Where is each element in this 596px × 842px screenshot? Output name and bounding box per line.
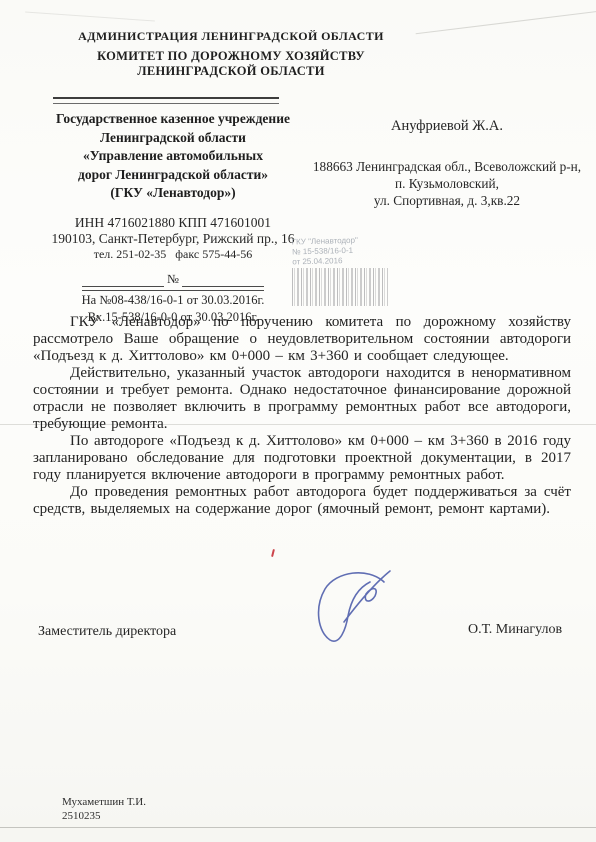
signature-ink bbox=[296, 570, 408, 656]
letterhead-divider bbox=[53, 97, 279, 104]
sender-postal-address: 190103, Санкт-Петербург, Рижский пр., 16 bbox=[30, 231, 316, 247]
letterhead-administration: АДМИНИСТРАЦИЯ ЛЕНИНГРАДСКОЙ ОБЛАСТИ bbox=[30, 29, 432, 44]
number-sign: № bbox=[164, 272, 182, 287]
recipient-block: Ануфриевой Ж.А. 188663 Ленинградская обл… bbox=[312, 118, 582, 209]
body-paragraph: ГКУ «Ленавтодор» по поручению комитета п… bbox=[33, 314, 571, 365]
signer-title: Заместитель директора bbox=[38, 624, 176, 640]
recipient-address-line: ул. Спортивная, д. 3,кв.22 bbox=[312, 192, 582, 209]
red-ink-speck bbox=[271, 549, 275, 557]
scan-crease-top-right bbox=[416, 11, 596, 35]
sender-inn-kpp: ИНН 4716021880 КПП 471601001 bbox=[30, 214, 316, 231]
sender-org-line: «Управление автомобильных bbox=[30, 147, 316, 166]
body-paragraph: Действительно, указанный участок автодор… bbox=[33, 365, 571, 433]
scan-crease-top-left bbox=[25, 11, 155, 21]
letterhead: АДМИНИСТРАЦИЯ ЛЕНИНГРАДСКОЙ ОБЛАСТИ КОМИ… bbox=[30, 29, 432, 78]
recipient-address-line: п. Кузьмоловский, bbox=[312, 175, 582, 192]
sender-block: Государственное казенное учреждение Лени… bbox=[30, 110, 316, 326]
letterhead-committee-line2: ЛЕНИНГРАДСКОЙ ОБЛАСТИ bbox=[30, 64, 432, 79]
recipient-address-line: 188663 Ленинградская обл., Всеволожский … bbox=[312, 158, 582, 175]
executor-block: Мухаметшин Т.И. 2510235 bbox=[62, 796, 146, 823]
sender-phone-fax: тел. 251-02-35 факс 575-44-56 bbox=[30, 247, 316, 262]
stamp-date: от 25.04.2016 bbox=[292, 255, 402, 268]
executor-phone: 2510235 bbox=[62, 810, 146, 824]
body-paragraph: По автодороге «Подъезд к д. Хиттолово» к… bbox=[33, 433, 571, 484]
reference-incoming: На №08-438/16-0-1 от 30.03.2016г. bbox=[30, 293, 316, 309]
letterhead-committee-line1: КОМИТЕТ ПО ДОРОЖНОМУ ХОЗЯЙСТВУ bbox=[30, 49, 432, 64]
outgoing-number-line: № bbox=[82, 272, 264, 287]
body-paragraph: До проведения ремонтных работ автодорога… bbox=[33, 484, 571, 518]
number-blank-left bbox=[82, 273, 164, 287]
recipient-name: Ануфриевой Ж.А. bbox=[312, 118, 582, 135]
scan-crease-bottom bbox=[0, 827, 596, 828]
number-blank-right bbox=[182, 273, 264, 287]
stamp-barcode bbox=[292, 268, 388, 306]
signer-name: О.Т. Минагулов bbox=[468, 622, 562, 638]
scanned-letter-page: АДМИНИСТРАЦИЯ ЛЕНИНГРАДСКОЙ ОБЛАСТИ КОМИ… bbox=[0, 0, 596, 842]
reference-rule bbox=[82, 289, 264, 291]
sender-org-line: дорог Ленинградской области» bbox=[30, 166, 316, 185]
executor-name: Мухаметшин Т.И. bbox=[62, 796, 146, 810]
letter-body: ГКУ «Ленавтодор» по поручению комитета п… bbox=[33, 314, 571, 518]
sender-org-line: Государственное казенное учреждение bbox=[30, 110, 316, 129]
sender-org-line: (ГКУ «Ленавтодор») bbox=[30, 184, 316, 203]
registration-stamp: ГКУ "Ленавтодор" № 15-538/16-0-1 от 25.0… bbox=[292, 235, 403, 268]
sender-org-line: Ленинградской области bbox=[30, 129, 316, 148]
